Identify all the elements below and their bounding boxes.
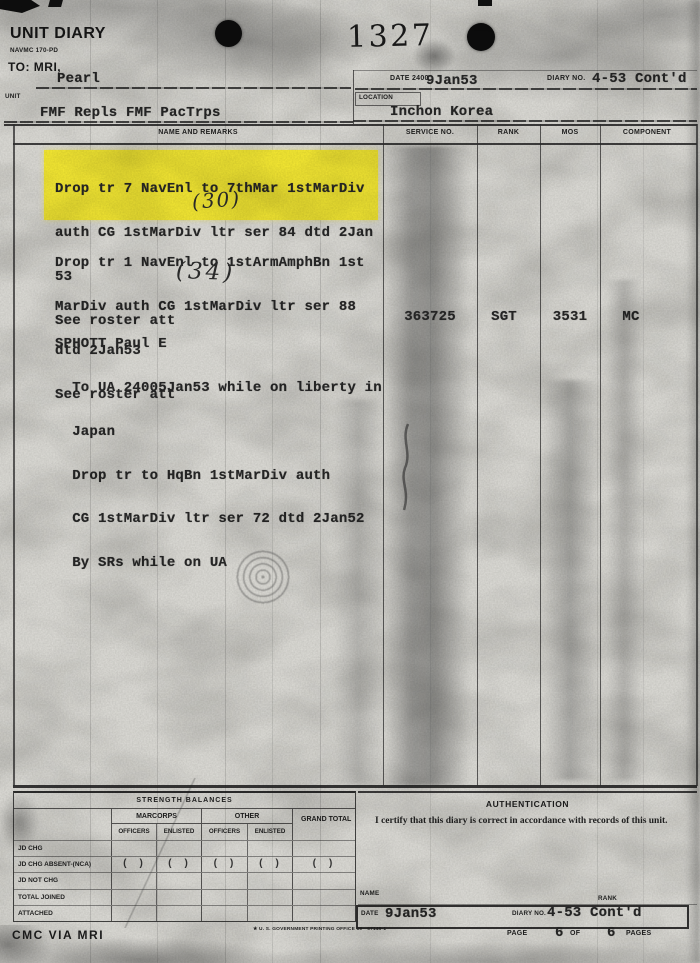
- cell: [247, 841, 292, 856]
- table-column-rule: [383, 124, 384, 786]
- cell: ( ): [247, 857, 292, 872]
- cell: [156, 906, 201, 921]
- bottom-date-label: DATE: [361, 911, 378, 917]
- diary-no-label: DIARY NO.: [547, 75, 585, 82]
- cell: [292, 890, 354, 905]
- pages-label: PAGES: [626, 930, 652, 937]
- other-label: OTHER: [202, 809, 292, 824]
- entry-service-no: 363725: [383, 310, 477, 325]
- scan-band: [606, 280, 642, 780]
- scan-band: [543, 380, 597, 780]
- stamp-number: 1327: [347, 21, 434, 53]
- scanned-unit-diary-page: UNIT DIARY NAVMC 170-PD 1327 TO: MRI, Pe…: [0, 0, 700, 963]
- rule: [353, 70, 354, 124]
- header-spacer: [14, 809, 112, 840]
- entry-line: CG 1stMarDiv ltr ser 72 dtd 2Jan52: [55, 512, 382, 527]
- cell: [201, 906, 247, 921]
- cell: [247, 890, 292, 905]
- printing-office-note: ★ U. S. GOVERNMENT PRINTING OFFICE 19—67…: [253, 928, 386, 933]
- cell: [112, 873, 156, 888]
- cell: [292, 873, 354, 888]
- officers-column-label: OFFICERS: [202, 824, 247, 840]
- diary-entry-remarks: SPHOTT Paul E To UA 24005Jan53 while on …: [55, 308, 382, 600]
- edge-ink-mark: [478, 0, 492, 6]
- authentication-top-rule: [358, 791, 697, 793]
- form-number: NAVMC 170-PD: [10, 48, 58, 54]
- row-label: ATTACHED: [14, 906, 112, 921]
- hole-punch: [215, 20, 242, 47]
- page-label: PAGE: [507, 930, 528, 937]
- bottom-diary-no-label: DIARY NO.: [512, 911, 546, 917]
- cell: [247, 906, 292, 921]
- cell: [247, 873, 292, 888]
- cell: [112, 906, 156, 921]
- handwritten-roster-count: (34): [176, 258, 236, 286]
- table-column-rule: [696, 124, 698, 786]
- location-value: Inchon Korea: [390, 105, 493, 120]
- cell: [156, 890, 201, 905]
- rank-label: RANK: [598, 896, 617, 902]
- table-row-attached: ATTACHED: [14, 905, 355, 921]
- location-label: LOCATION: [359, 95, 393, 101]
- rule: [355, 88, 697, 90]
- entry-line: By SRs while on UA: [55, 556, 382, 571]
- table-column-rule: [477, 124, 478, 786]
- cell: [112, 841, 156, 856]
- hole-punch: [467, 23, 495, 51]
- routing-text: CMC VIA MRI: [12, 929, 104, 941]
- date-value: 9Jan53: [426, 74, 478, 89]
- column-header-rank: RANK: [477, 129, 540, 136]
- table-column-rule: [13, 124, 15, 786]
- officers-column-label: OFFICERS: [112, 824, 156, 840]
- column-header-mos: MOS: [540, 129, 600, 136]
- to-label: TO: MRI,: [8, 61, 61, 73]
- strength-balances-table: STRENGTH BALANCES MARCORPS OFFICERS ENLI…: [13, 791, 356, 922]
- cell: [156, 873, 201, 888]
- table-row-total-joined: TOTAL JOINED: [14, 889, 355, 905]
- table-row-jd-not-chg: JD NOT CHG: [14, 872, 355, 888]
- bottom-diary-no-value: 4-53 Cont'd: [547, 906, 642, 921]
- name-label: NAME: [360, 891, 379, 897]
- table-column-rule: [600, 124, 601, 786]
- unit-label: UNIT: [5, 94, 21, 100]
- cell: ( ): [156, 857, 201, 872]
- cell: [292, 906, 354, 921]
- authentication-title: AUTHENTICATION: [358, 800, 697, 809]
- cell: [292, 841, 354, 856]
- to-value: Pearl: [57, 72, 100, 87]
- diary-no-value: 4-53 Cont'd: [592, 72, 687, 87]
- table-header-rule: [13, 143, 697, 145]
- row-label: TOTAL JOINED: [14, 890, 112, 905]
- edge-ink-mark: [48, 0, 63, 7]
- column-header-service-no: SERVICE NO.: [383, 129, 477, 136]
- row-label: JD NOT CHG: [14, 873, 112, 888]
- enlisted-column-label: ENLISTED: [247, 824, 292, 840]
- cell: ( ): [201, 857, 247, 872]
- cell: [156, 841, 201, 856]
- column-header-name-remarks: NAME AND REMARKS: [13, 129, 383, 136]
- rule: [4, 121, 353, 123]
- rule: [353, 120, 697, 122]
- cell: [112, 890, 156, 905]
- strength-balances-title: STRENGTH BALANCES: [14, 793, 355, 809]
- table-bottom-rule: [13, 785, 697, 788]
- marcorps-group: MARCORPS OFFICERS ENLISTED: [112, 809, 201, 840]
- cell: [201, 841, 247, 856]
- other-group: OTHER OFFICERS ENLISTED: [201, 809, 292, 840]
- cell: [201, 873, 247, 888]
- entry-line: To UA 24005Jan53 while on liberty in: [55, 381, 382, 396]
- table-row-jd-chg-absent: JD CHG ABSENT-(NCA) ( ) ( ) ( ) ( ) ( ): [14, 856, 355, 872]
- entry-rank: SGT: [477, 310, 531, 325]
- entry-line: Japan: [55, 425, 382, 440]
- cell: ( ): [112, 857, 156, 872]
- row-label: JD CHG ABSENT-(NCA): [14, 857, 112, 872]
- authentication-statement: I certify that this diary is correct in …: [362, 816, 695, 828]
- spiral-ring-mark: [232, 546, 294, 608]
- form-title: UNIT DIARY: [10, 26, 106, 42]
- column-header-component: COMPONENT: [600, 129, 694, 136]
- rule: [36, 87, 351, 89]
- grand-total-label: GRAND TOTAL: [292, 809, 354, 840]
- entry-line: Drop tr to HqBn 1stMarDiv auth: [55, 469, 382, 484]
- crease-squiggle-mark: [395, 422, 425, 514]
- table-column-rule: [540, 124, 541, 786]
- unit-value: FMF Repls FMF PacTrps: [40, 106, 221, 121]
- page-number: 6: [555, 926, 564, 941]
- marcorps-label: MARCORPS: [112, 809, 201, 824]
- row-label: JD CHG: [14, 841, 112, 856]
- enlisted-column-label: ENLISTED: [156, 824, 201, 840]
- of-label: OF: [570, 930, 580, 937]
- handwritten-roster-count: (30): [191, 186, 242, 213]
- strength-balances-header: MARCORPS OFFICERS ENLISTED OTHER OFFICER…: [14, 809, 355, 840]
- table-row-jd-chg: JD CHG: [14, 840, 355, 856]
- cell: ( ): [292, 857, 354, 872]
- date-label: DATE 2400: [390, 75, 429, 82]
- table-top-rule: [4, 124, 697, 126]
- total-pages: 6: [607, 926, 616, 941]
- cell: [201, 890, 247, 905]
- entry-line: SPHOTT Paul E: [55, 337, 382, 352]
- entry-mos: 3531: [540, 310, 600, 325]
- bottom-date-value: 9Jan53: [385, 907, 437, 922]
- entry-component: MC: [600, 310, 662, 325]
